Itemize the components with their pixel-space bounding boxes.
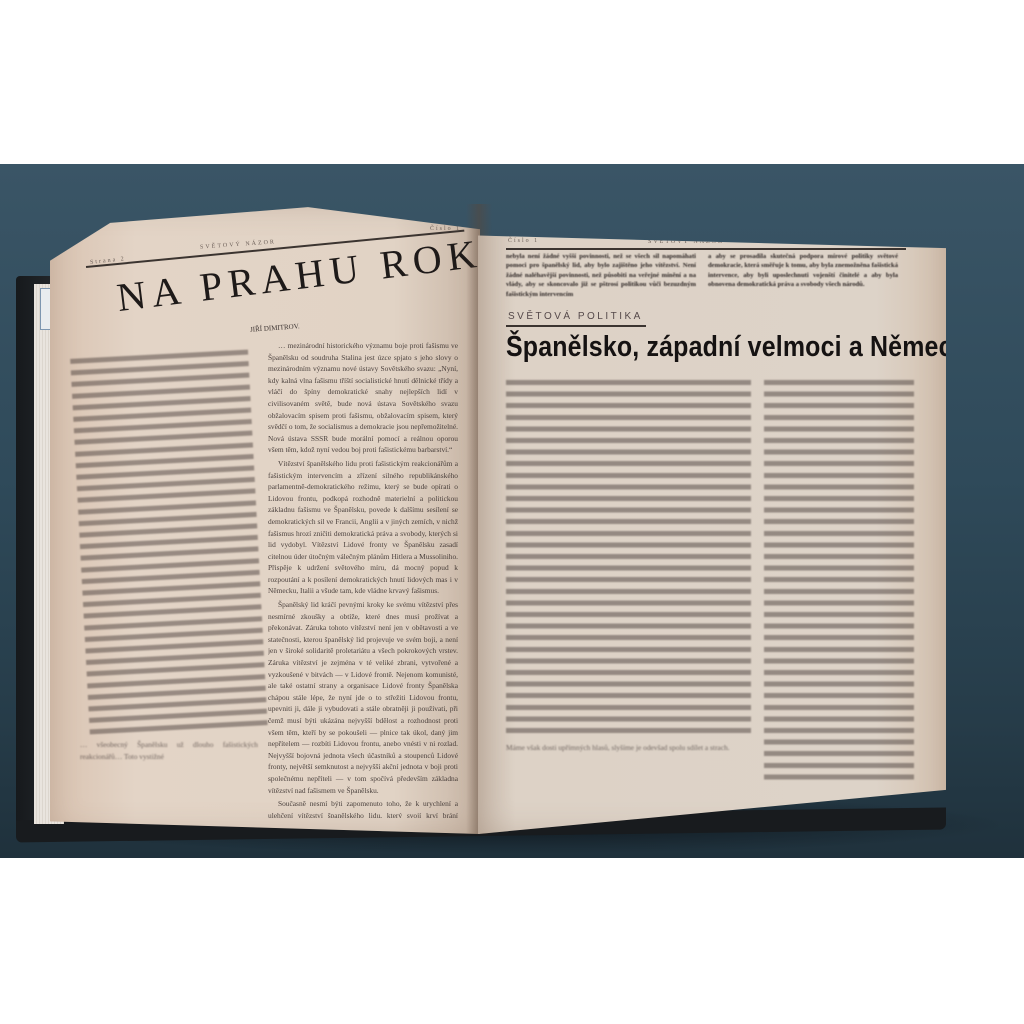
left-page: Strana 2 SVĚTOVÝ NÁZOR Číslo 1 NA PRAHU …: [50, 204, 480, 834]
right-page: Číslo 1 SVĚTOVÝ NÁZOR Strana 3 nebyla ne…: [478, 204, 946, 834]
photo-background: Strana 2 SVĚTOVÝ NÁZOR Číslo 1 NA PRAHU …: [0, 164, 1024, 858]
author-byline: JIŘÍ DIMITROV.: [250, 322, 300, 333]
paragraph: Španělský lid kráčí pevnými kroky ke své…: [268, 599, 458, 796]
paragraph: Současně nesmí býti zapomenuto toho, že …: [268, 798, 458, 818]
lede-right: a aby se prosadila skutečná podpora míro…: [708, 252, 898, 302]
article-closing-line: Máme však dosti upřímných hlasů, slyšíme…: [506, 742, 751, 772]
right-running-head: SVĚTOVÝ NÁZOR: [648, 239, 724, 245]
right-issue-label: Číslo 1: [508, 238, 539, 244]
section-label: SVĚTOVÁ POLITIKA: [508, 311, 643, 322]
header-rule: [506, 248, 906, 250]
article-column-left: [506, 380, 751, 738]
left-column-text: [70, 350, 268, 739]
paragraph: … mezinárodní historického významu boje …: [268, 340, 458, 456]
article-column-right: [764, 380, 914, 780]
headline-na-prahu-roku-1937: NA PRAHU ROKU 1937: [114, 211, 480, 321]
paragraph: Vítězství španělského lidu proti fašisti…: [268, 458, 458, 597]
lede-left: nebyla není žádné vyšší povinnosti, než …: [506, 252, 696, 302]
section-underline: [506, 325, 646, 327]
headline-spanelsko: Španělsko, západní velmoci a Německo: [506, 331, 946, 364]
right-column-text: … mezinárodní historického významu boje …: [268, 340, 458, 818]
left-column-closing: … všeobecný Španělsku už dlouho fašistic…: [80, 739, 258, 775]
